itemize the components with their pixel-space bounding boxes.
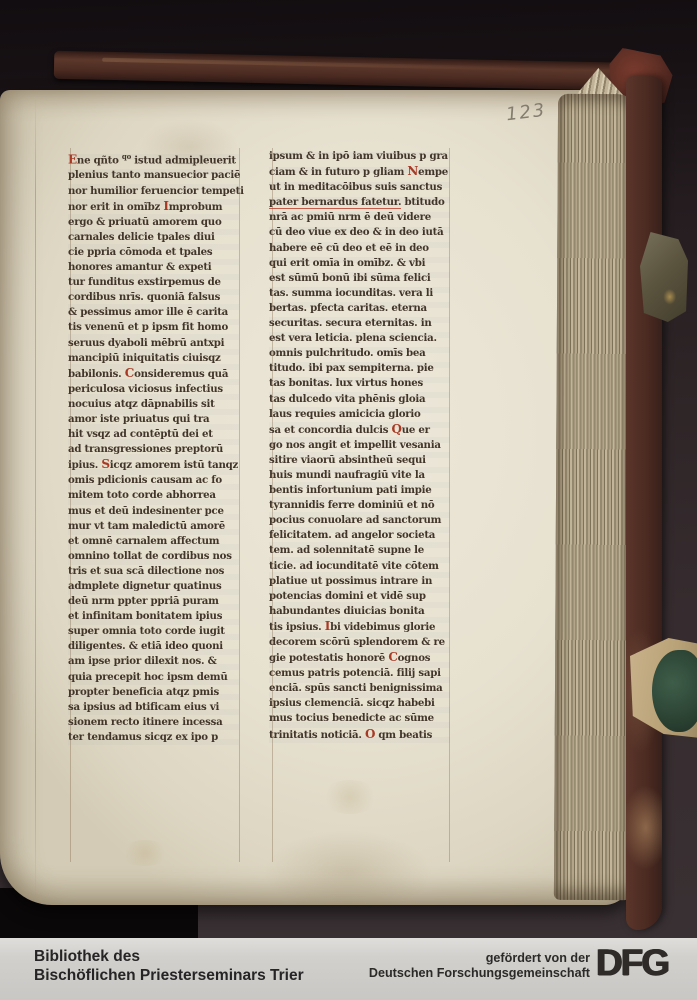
manuscript-line: omis pdicionis causam ac fo [68,473,239,488]
manuscript-line: propter beneficia atqz pmis [68,685,239,700]
footer-banner: Bibliothek des Bischöflichen Priestersem… [0,938,697,1000]
manuscript-line: pocius conuolare ad sanctorum [269,513,450,528]
manuscript-line: tem. ad solennitatē supne le [269,543,450,558]
dfg-logo: DFG [596,942,668,984]
manuscript-line: tis venenū et p ipsm fit homo [68,320,239,335]
manuscript-line: sa et concordia dulcis Que er [269,422,450,438]
manuscript-line: nrā ac pmiū nrm ē deū videre [269,210,450,225]
manuscript-line: nocuius atqz dāpnabilis sit [68,397,239,412]
manuscript-column-1: Ene qñto qo istud admipleueritplenius ta… [68,149,239,745]
manuscript-line: ipsum & in ipō iam viuibus p gra [269,149,450,164]
manuscript-line: titudo. ibi pax sempiterna. pie [269,361,450,376]
manuscript-line: babilonis. Consideremus quā [68,366,239,382]
manuscript-line: cū deo viue ex deo & in deo iutā [269,225,450,240]
manuscript-line: sionem recto itinere incessa [68,715,239,730]
manuscript-line: periculosa viciosus infectius [68,382,239,397]
manuscript-line: mur vt tam maledictū amorē [68,519,239,534]
manuscript-line: omnino tollat de cordibus nos [68,549,239,564]
manuscript-line: mitem toto corde abhorrea [68,488,239,503]
manuscript-line: seruus dyaboli mēbrū antxpi [68,336,239,351]
manuscript-line: quia precepit hoc ipsm demū [68,670,239,685]
manuscript-line: tas. summa iocunditas. vera li [269,286,450,301]
library-name-line1: Bibliothek des [34,947,304,966]
manuscript-line: nor humilior feruencior tempeti [68,184,239,199]
manuscript-line: platiue ut possimus intrare in [269,574,450,589]
manuscript-line: ciam & in futuro p gliam Nempe [269,164,450,180]
manuscript-line: super omnia toto corde iugit [68,624,239,639]
book-fore-edge [554,94,634,900]
manuscript-line: habundantes diuicias bonita [269,604,450,619]
book-binding-top-edge [54,51,654,92]
manuscript-line: tas dulcedo vita phēnis gloia [269,392,450,407]
manuscript-line: laus requies amicicia glorio [269,407,450,422]
manuscript-line: tas bonitas. lux virtus hones [269,376,450,391]
manuscript-line: bertas. pfecta caritas. eterna [269,301,450,316]
manuscript-line: carnales delicie tpales diui [68,230,239,245]
manuscript-line: mus et deū indesinenter pce [68,504,239,519]
book-cover-edge [626,76,662,930]
manuscript-line: go nos angit et impellit vesania [269,438,450,453]
manuscript-line: est sūmū bonū ibi sūma felici [269,271,450,286]
ruling-line [239,148,240,862]
manuscript-line: omnis pulchritudo. omīs bea [269,346,450,361]
manuscript-line: cemus patris potenciā. filij sapi [269,666,450,681]
manuscript-line: bentis infortunium pati impie [269,483,450,498]
page-crease-line [35,96,36,900]
manuscript-line: enciā. spūs sancti benignissima [269,681,450,696]
manuscript-line: felicitatem. ad angelor societa [269,528,450,543]
manuscript-column-2: ipsum & in ipō iam viuibus p graciam & i… [269,149,450,743]
manuscript-line: huis mundi naufragiū vite la [269,468,450,483]
manuscript-line: securitas. secura eternitas. in [269,316,450,331]
manuscript-line: am ipse prior dilexit nos. & [68,654,239,669]
manuscript-line: sa ipsius ad btificam eius vi [68,700,239,715]
manuscript-line: est vera leticia. plena sciencia. [269,331,450,346]
parchment-stain [320,780,380,814]
manuscript-line: ad transgressiones preptorū [68,442,239,457]
parchment-stain [120,840,170,866]
manuscript-line: mancipiū iniquitatis ciuisqz [68,351,239,366]
manuscript-line: potencias domini et vidē sup [269,589,450,604]
funding-credit: gefördert von der Deutschen Forschungsge… [330,951,590,981]
manuscript-line: ut in meditacōibus suis sanctus [269,180,450,195]
funding-credit-line1: gefördert von der [330,951,590,966]
manuscript-line: ipsius clemenciā. sicqz habebi [269,696,450,711]
manuscript-line: trinitatis noticiā. O qm beatis [269,727,450,743]
manuscript-line: ticie. ad iocunditatē vite cōtem [269,559,450,574]
manuscript-line: habere eē cū deo et eē in deo [269,241,450,256]
manuscript-line: diligentes. & etiā ideo quoni [68,639,239,654]
manuscript-line: tis ipsius. Ibi videbimus glorie [269,619,450,635]
manuscript-line: mus tocius benedicte ac sūme [269,711,450,726]
book-clasp-lower-plate [652,650,697,732]
manuscript-line: honores amantur & expeti [68,260,239,275]
manuscript-line: deū nrm ppter ppriā puram [68,594,239,609]
manuscript-line: Ene qñto qo istud admipleuerit [68,149,239,168]
library-name: Bibliothek des Bischöflichen Priestersem… [34,947,304,985]
manuscript-line: cie ppria cōmoda et tpales [68,245,239,260]
manuscript-line: tris et sua scā dilectione nos [68,564,239,579]
manuscript-line: hit vsqz ad contēptū dei et [68,427,239,442]
manuscript-line: ter tendamus sicqz ex ipo p [68,730,239,745]
manuscript-line: cordibus nrīs. quoniā falsus [68,290,239,305]
manuscript-line: qui erit omīa in omībz. & vbi [269,256,450,271]
manuscript-photo: 123 Ene qñto qo istud admipleueritpleniu… [0,0,697,1000]
manuscript-line: et infinitam bonitatem ipius [68,609,239,624]
manuscript-line: sitire viaorū absintheū sequi [269,453,450,468]
manuscript-line: tur funditus exstirpemus de [68,275,239,290]
manuscript-line: decorem scōrū splendorem & re [269,635,450,650]
manuscript-line: plenius tanto mansuecior paciē [68,168,239,183]
manuscript-line: et omnē carnalem affectum [68,534,239,549]
manuscript-line: ergo & priuatū amorem quo [68,215,239,230]
manuscript-line: amor iste priuatus qui tra [68,412,239,427]
manuscript-line: gie potestatis honorē Cognos [269,650,450,666]
funding-credit-line2: Deutschen Forschungsgemeinschaft [330,966,590,981]
manuscript-line: ipius. Sicqz amorem istū tanqz [68,457,239,473]
manuscript-line: & pessimus amor ille ē carita [68,305,239,320]
manuscript-line: admplete dignetur quatinus [68,579,239,594]
manuscript-line: pater bernardus fatetur. btitudo [269,195,450,210]
manuscript-line: nor erit in omĩbz Improbum [68,199,239,215]
library-name-line2: Bischöflichen Priesterseminars Trier [34,966,304,985]
manuscript-line: tyrannidis ferre dominiū et nō [269,498,450,513]
book-clasp-upper [640,232,688,322]
